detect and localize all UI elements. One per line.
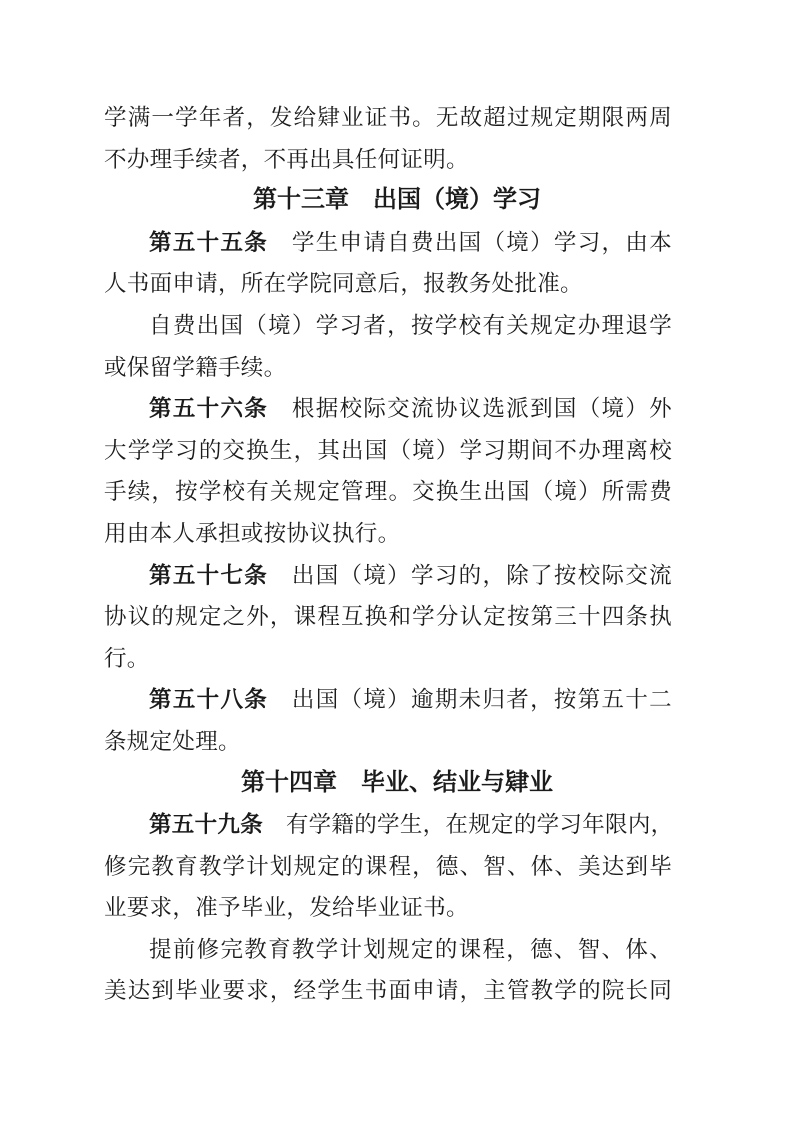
text-line: 业要求，准予毕业，发给毕业证书。 xyxy=(104,887,672,929)
document-page-background: { "page": { "background": "#ffffff", "te… xyxy=(0,0,794,1123)
text-line: 不办理手续者，不再出具任何证明。 xyxy=(104,139,672,181)
text-line: 手续，按学校有关规定管理。交换生出国（境）所需费 xyxy=(104,471,672,513)
article-number: 第五十五条 xyxy=(149,230,268,255)
line-text: 自费出国（境）学习者，按学校有关规定办理退学 xyxy=(149,313,672,338)
line-text: 根据校际交流协议选派到国（境）外 xyxy=(268,396,672,421)
line-text: 行。 xyxy=(104,646,150,671)
text-line: 协议的规定之外，课程互换和学分认定按第三十四条执 xyxy=(104,596,672,638)
line-text: 修完教育教学计划规定的课程，德、智、体、美达到毕 xyxy=(104,854,672,879)
document-text-block: 学满一学年者，发给肄业证书。无故超过规定期限两周不办理手续者，不再出具任何证明。… xyxy=(104,97,672,1012)
line-text: 不办理手续者，不再出具任何证明。 xyxy=(104,147,469,172)
text-line: 提前修完教育教学计划规定的课程，德、智、体、 xyxy=(104,929,672,971)
line-text: 大学学习的交换生，其出国（境）学习期间不办理离校 xyxy=(104,438,672,463)
text-line: 人书面申请，所在学院同意后，报教务处批准。 xyxy=(104,263,672,305)
text-line: 大学学习的交换生，其出国（境）学习期间不办理离校 xyxy=(104,430,672,472)
article-number: 第五十七条 xyxy=(149,563,268,588)
article-number: 第五十八条 xyxy=(149,687,268,712)
text-line: 修完教育教学计划规定的课程，德、智、体、美达到毕 xyxy=(104,846,672,888)
line-text: 人书面申请，所在学院同意后，报教务处批准。 xyxy=(104,271,583,296)
line-text: 用由本人承担或按协议执行。 xyxy=(104,521,400,546)
text-line: 第五十五条 学生申请自费出国（境）学习，由本 xyxy=(104,222,672,264)
text-line: 或保留学籍手续。 xyxy=(104,347,672,389)
line-text: 业要求，准予毕业，发给毕业证书。 xyxy=(104,895,469,920)
line-text: 条规定处理。 xyxy=(104,729,241,754)
text-line: 美达到毕业要求，经学生书面申请，主管教学的院长同 xyxy=(104,970,672,1012)
line-text: 出国（境）逾期未归者，按第五十二 xyxy=(268,687,672,712)
chapter-heading: 第十三章 出国（境）学习 xyxy=(122,180,672,222)
text-line: 用由本人承担或按协议执行。 xyxy=(104,513,672,555)
line-text: 学生申请自费出国（境）学习，由本 xyxy=(268,230,672,255)
text-line: 学满一学年者，发给肄业证书。无故超过规定期限两周 xyxy=(104,97,672,139)
line-text: 有学籍的学生，在规定的学习年限内， xyxy=(263,812,673,837)
line-text: 协议的规定之外，课程互换和学分认定按第三十四条执 xyxy=(104,604,672,629)
line-text: 学满一学年者，发给肄业证书。无故超过规定期限两周 xyxy=(104,105,672,130)
article-number: 第五十九条 xyxy=(149,812,263,837)
text-line: 第五十六条 根据校际交流协议选派到国（境）外 xyxy=(104,388,672,430)
text-line: 第五十八条 出国（境）逾期未归者，按第五十二 xyxy=(104,679,672,721)
line-text: 出国（境）学习的，除了按校际交流 xyxy=(268,563,672,588)
text-line: 条规定处理。 xyxy=(104,721,672,763)
chapter-heading: 第十四章 毕业、结业与肄业 xyxy=(122,763,672,805)
line-text: 美达到毕业要求，经学生书面申请，主管教学的院长同 xyxy=(104,978,672,1003)
line-text: 提前修完教育教学计划规定的课程，德、智、体、 xyxy=(149,937,672,962)
text-line: 自费出国（境）学习者，按学校有关规定办理退学 xyxy=(104,305,672,347)
text-line: 行。 xyxy=(104,638,672,680)
text-line: 第五十七条 出国（境）学习的，除了按校际交流 xyxy=(104,555,672,597)
article-number: 第五十六条 xyxy=(149,396,268,421)
text-line: 第五十九条 有学籍的学生，在规定的学习年限内， xyxy=(104,804,672,846)
line-text: 手续，按学校有关规定管理。交换生出国（境）所需费 xyxy=(104,479,672,504)
line-text: 或保留学籍手续。 xyxy=(104,355,286,380)
